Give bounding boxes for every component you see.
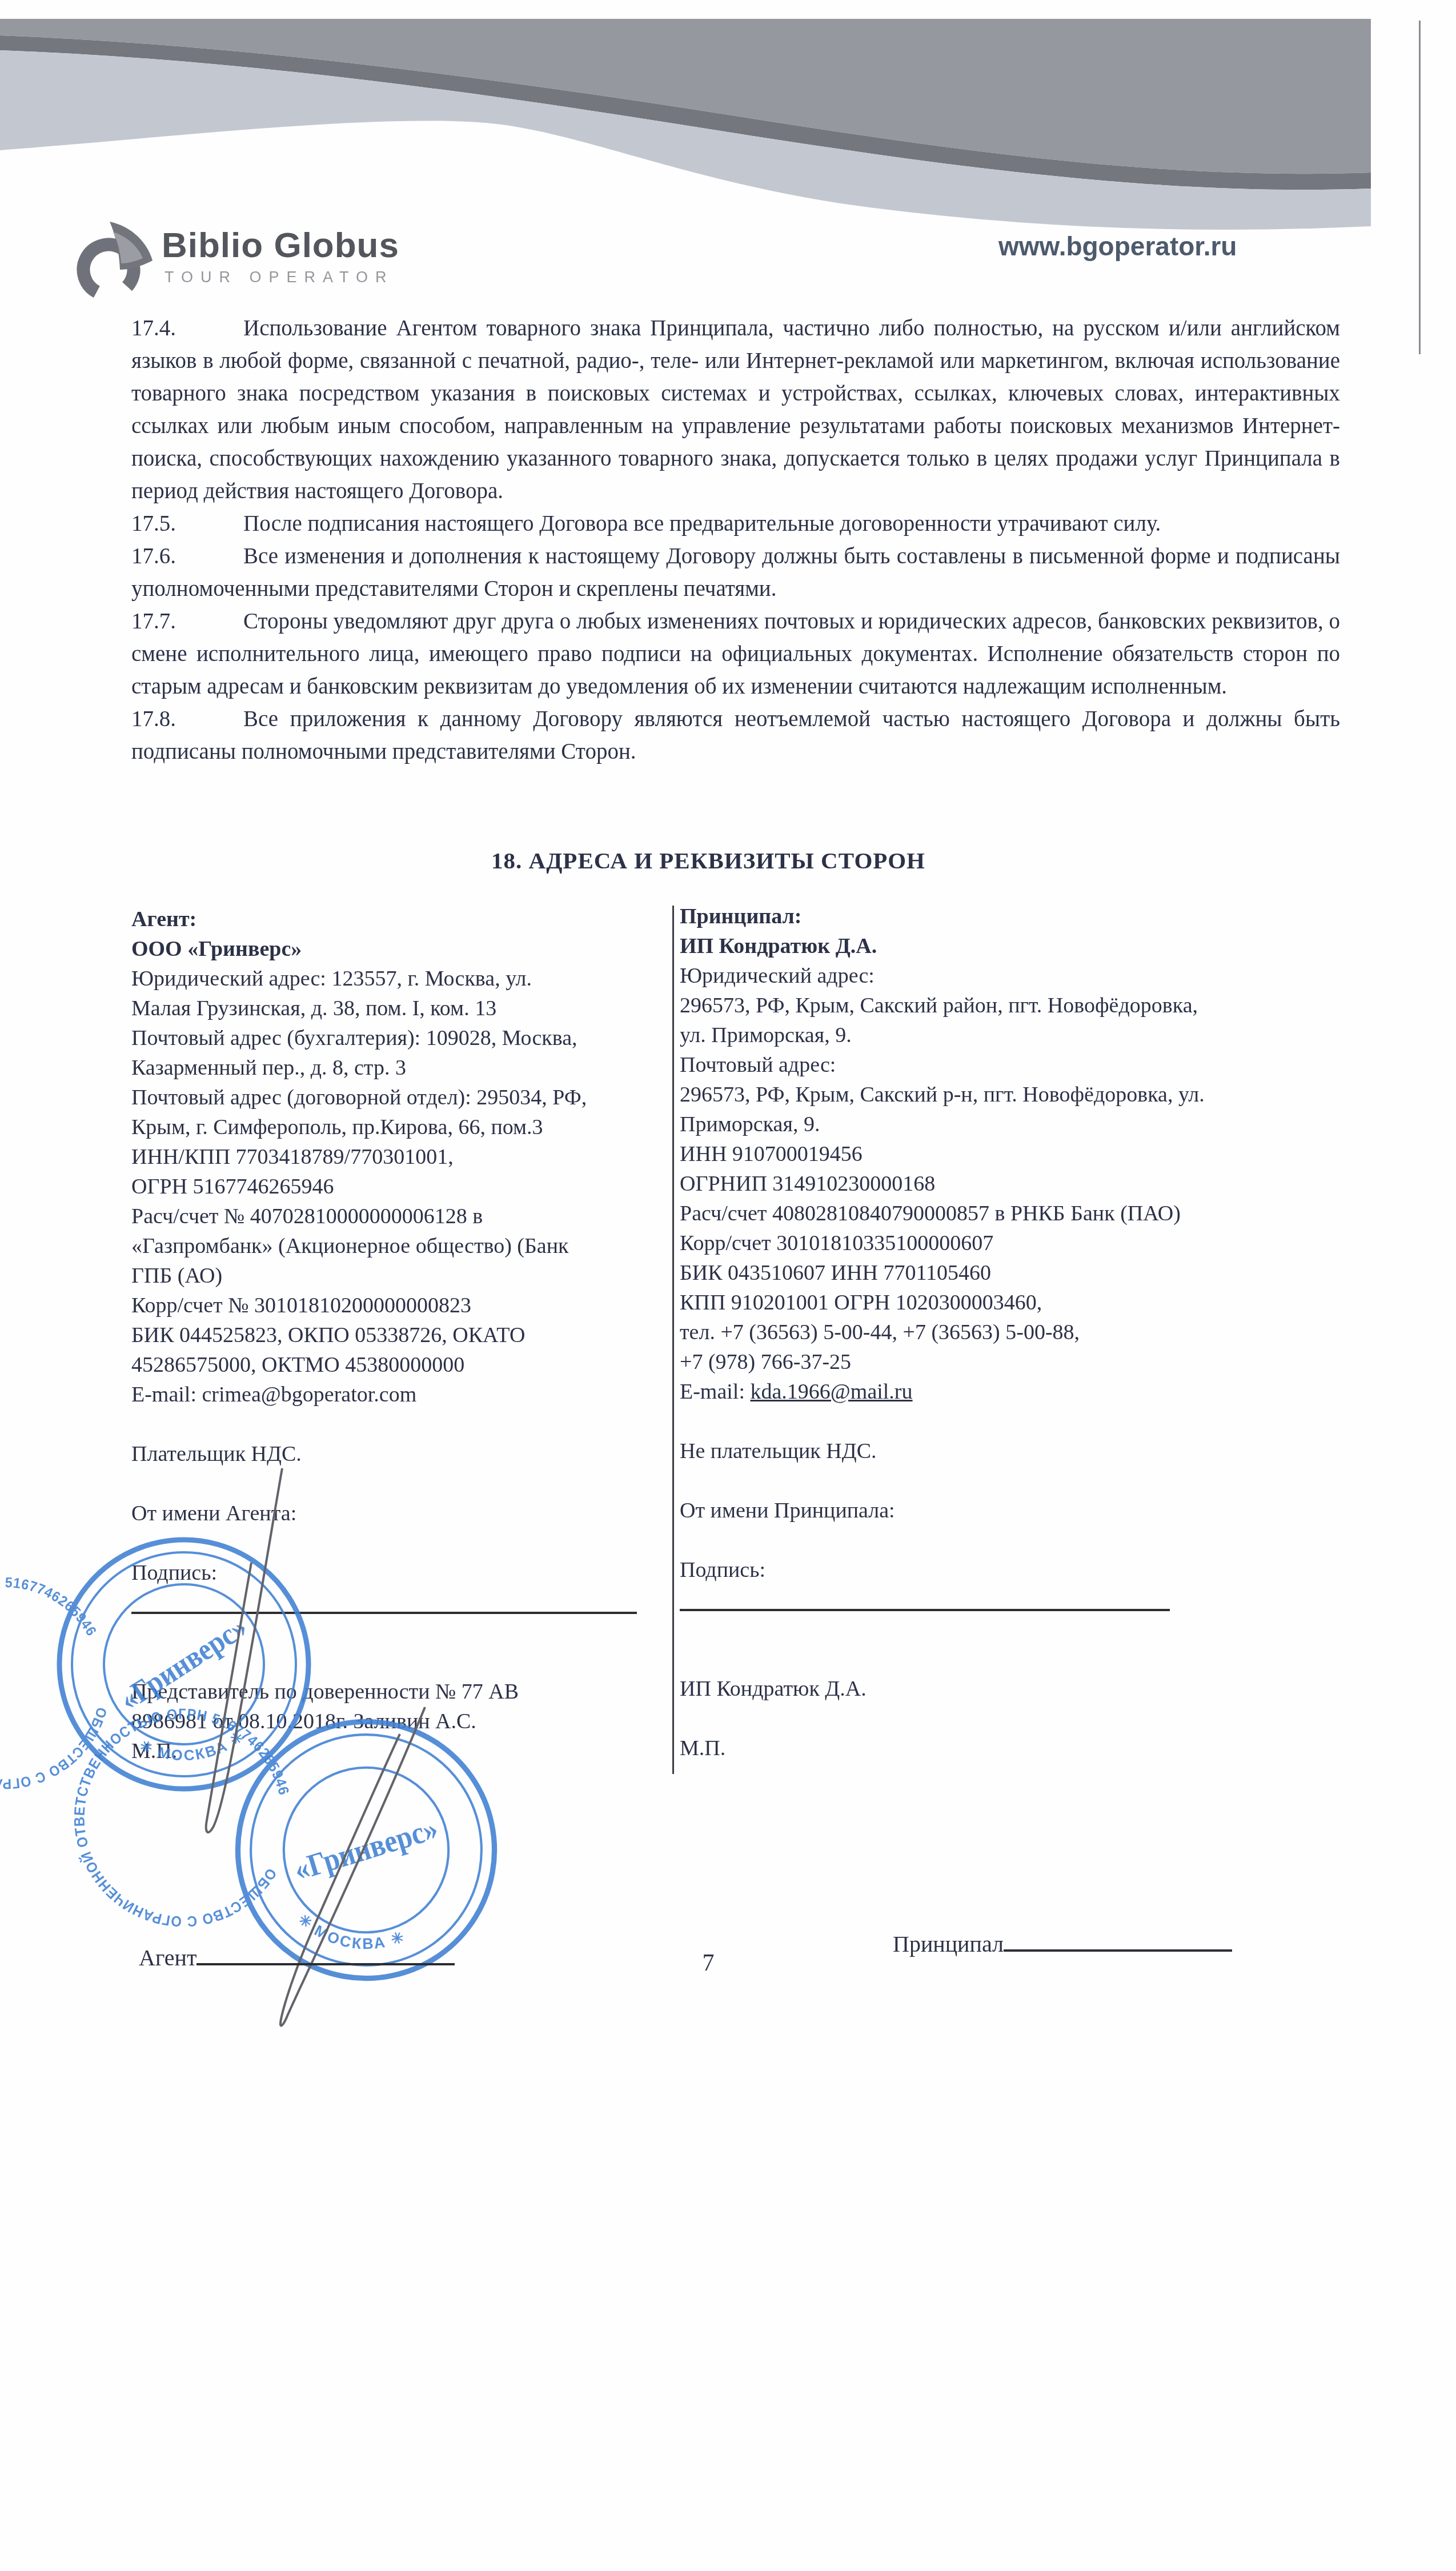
email-link[interactable]: kda.1966@mail.ru [750,1380,912,1404]
requisite-line: Расч/счет № 40702810000000006128 в [131,1202,673,1231]
clause-text: Использование Агентом товарного знака Пр… [131,316,1340,503]
requisite-line [680,1704,1345,1733]
requisite-line: Корр/счет 30101810335100000607 [680,1228,1345,1258]
clause-paragraph: 17.7.Стороны уведомляют друг друга о люб… [131,605,1340,703]
requisite-line: ИП Кондратюк Д.А. [680,931,1345,961]
globe-swirl-icon [73,219,159,299]
clause-number: 17.8. [131,703,243,735]
clause-text: Все приложения к данному Договору являют… [131,707,1340,764]
clause-number: 17.5. [131,507,243,540]
requisite-line: ОГРНИП 314910230000168 [680,1169,1345,1199]
requisite-line [680,1407,1345,1436]
requisite-line: Корр/счет № 30101810200000000823 [131,1291,673,1320]
clause-text: Стороны уведомляют друг друга о любых из… [131,609,1340,699]
principal-signature-line [1004,1927,1232,1952]
footer-agent-label: Агент [139,1945,196,1971]
page-number: 7 [640,1949,777,1977]
requisite-line: Крым, г. Симферополь, пр.Кирова, 66, пом… [131,1112,673,1142]
requisite-line: 45286575000, ОКТМО 45380000000 [131,1350,673,1380]
brand-name: Biblio Globus [162,225,399,266]
requisite-line: Почтовый адрес: [680,1050,1345,1080]
agent-signature-line [196,1940,455,1965]
clause-number: 17.7. [131,605,243,638]
requisite-line: ГПБ (АО) [131,1261,673,1291]
requisite-line: От имени Принципала: [680,1496,1345,1525]
requisite-line: тел. +7 (36563) 5-00-44, +7 (36563) 5-00… [680,1317,1345,1347]
biblio-globus-logo: Biblio Globus TOUR OPERATOR [73,216,439,302]
requisite-line: БИК 044525823, ОКПО 05338726, ОКАТО [131,1320,673,1350]
document-page: Biblio Globus TOUR OPERATOR www.bgoperat… [0,0,1456,2571]
clause-text: После подписания настоящего Договора все… [243,511,1161,536]
requisite-line [680,1644,1345,1674]
clause-paragraph: 17.8.Все приложения к данному Договору я… [131,703,1340,768]
requisite-line: Расч/счет 40802810840790000857 в РНКБ Ба… [680,1199,1345,1228]
requisite-line: E-mail: crimea@bgoperator.com [131,1380,673,1409]
clause-text: Все изменения и дополнения к настоящему … [131,544,1340,601]
requisite-line: Приморская, 9. [680,1110,1345,1139]
requisite-line: Малая Грузинская, д. 38, пом. I, ком. 13 [131,994,673,1023]
requisite-line: Подпись: [680,1555,1345,1585]
requisite-line: Не плательщик НДС. [680,1436,1345,1466]
scan-edge-artifact [1419,21,1421,354]
header-wave-graphic [0,0,1456,246]
requisite-line: Казарменный пер., д. 8, стр. 3 [131,1053,673,1083]
requisite-line: Юридический адрес: 123557, г. Москва, ул… [131,964,673,994]
clause-paragraph: 17.4.Использование Агентом товарного зна… [131,312,1340,507]
requisite-line: +7 (978) 766-37-25 [680,1347,1345,1377]
clause-number: 17.6. [131,540,243,572]
requisite-line [680,1466,1345,1496]
footer-principal-signature: Принципал [893,1927,1232,1957]
stamps-and-signatures: ОБЩЕСТВО С ОГРАНИЧЕННОЙ ОТВЕТСТВЕННОСТЬЮ… [0,1451,571,2091]
footer-principal-label: Принципал [893,1931,1004,1957]
requisite-line [680,1525,1345,1555]
requisite-line: Принципал: [680,902,1345,931]
section-title: 18. АДРЕСА И РЕКВИЗИТЫ СТОРОН [131,847,1285,874]
clause-number: 17.4. [131,312,243,345]
requisite-line: ОГРН 5167746265946 [131,1172,673,1202]
requisite-line: E-mail: kda.1966@mail.ru [680,1377,1345,1407]
requisite-line: ИНН/КПП 7703418789/770301001, [131,1142,673,1172]
signature-line [680,1585,1345,1615]
requisite-line: ул. Приморская, 9. [680,1020,1345,1050]
requisite-line: М.П. [680,1733,1345,1763]
requisite-line: Почтовый адрес (договорной отдел): 29503… [131,1083,673,1112]
footer-agent-signature: Агент [139,1940,455,1971]
requisite-line: «Газпромбанк» (Акционерное общество) (Ба… [131,1231,673,1261]
website-url: www.bgoperator.ru [998,231,1256,262]
requisite-line [680,1615,1345,1644]
requisite-line: Почтовый адрес (бухгалтерия): 109028, Мо… [131,1023,673,1053]
requisite-line [131,1409,673,1439]
requisite-line: 296573, РФ, Крым, Сакский р-н, пгт. Ново… [680,1080,1345,1110]
clause-paragraph: 17.5.После подписания настоящего Договор… [131,507,1340,540]
principal-column: Принципал:ИП Кондратюк Д.А.Юридический а… [680,902,1345,1763]
contract-clauses: 17.4.Использование Агентом товарного зна… [131,312,1340,768]
brand-subtitle: TOUR OPERATOR [165,269,394,286]
requisite-line: Юридический адрес: [680,961,1345,991]
requisite-line: Агент: [131,904,673,934]
requisite-line: БИК 043510607 ИНН 7701105460 [680,1258,1345,1288]
requisite-line: КПП 910201001 ОГРН 1020300003460, [680,1288,1345,1317]
requisite-line: 296573, РФ, Крым, Сакский район, пгт. Но… [680,991,1345,1020]
requisite-line: ИНН 910700019456 [680,1139,1345,1169]
requisite-line: ИП Кондратюк Д.А. [680,1674,1345,1704]
requisite-line: ООО «Гринверс» [131,934,673,964]
clause-paragraph: 17.6.Все изменения и дополнения к настоя… [131,540,1340,605]
